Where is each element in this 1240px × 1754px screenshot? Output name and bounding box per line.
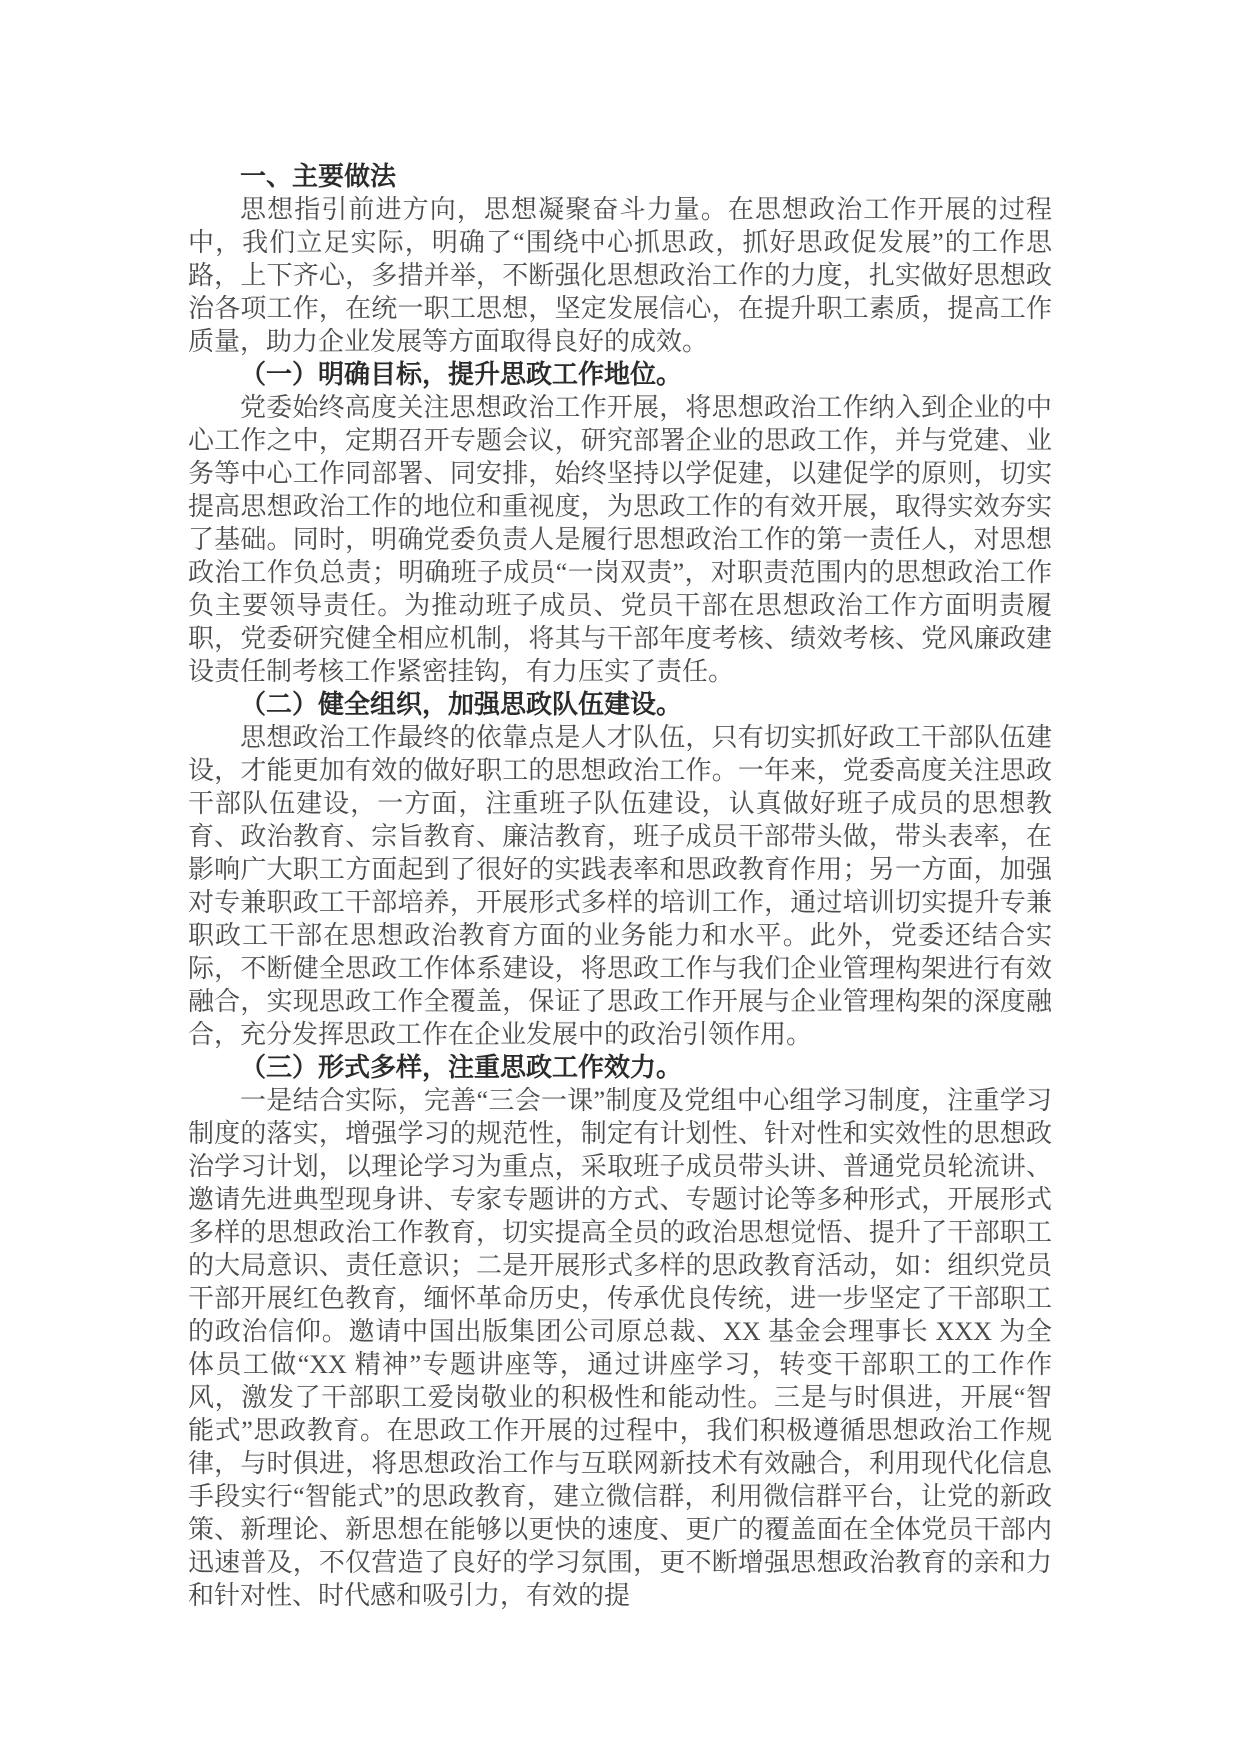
paragraph-intro: 思想指引前进方向，思想凝聚奋斗力量。在思想政治工作开展的过程中，我们立足实际，明… bbox=[188, 193, 1052, 358]
heading-main-practices: 一、主要做法 bbox=[188, 160, 1052, 193]
document-body: 一、主要做法 思想指引前进方向，思想凝聚奋斗力量。在思想政治工作开展的过程中，我… bbox=[188, 160, 1052, 1612]
paragraph-sub-3: 一是结合实际，完善“三会一课”制度及党组中心组学习制度，注重学习制度的落实，增强… bbox=[188, 1084, 1052, 1612]
heading-sub-3-diverse-forms: （三）形式多样，注重思政工作效力。 bbox=[188, 1051, 1052, 1084]
document-page: 一、主要做法 思想指引前进方向，思想凝聚奋斗力量。在思想政治工作开展的过程中，我… bbox=[0, 0, 1240, 1754]
heading-sub-1-clear-goals: （一）明确目标，提升思政工作地位。 bbox=[188, 358, 1052, 391]
paragraph-sub-1: 党委始终高度关注思想政治工作开展，将思想政治工作纳入到企业的中心工作之中，定期召… bbox=[188, 391, 1052, 688]
heading-sub-2-strengthen-team: （二）健全组织，加强思政队伍建设。 bbox=[188, 688, 1052, 721]
paragraph-sub-2: 思想政治工作最终的依靠点是人才队伍，只有切实抓好政工干部队伍建设，才能更加有效的… bbox=[188, 721, 1052, 1051]
